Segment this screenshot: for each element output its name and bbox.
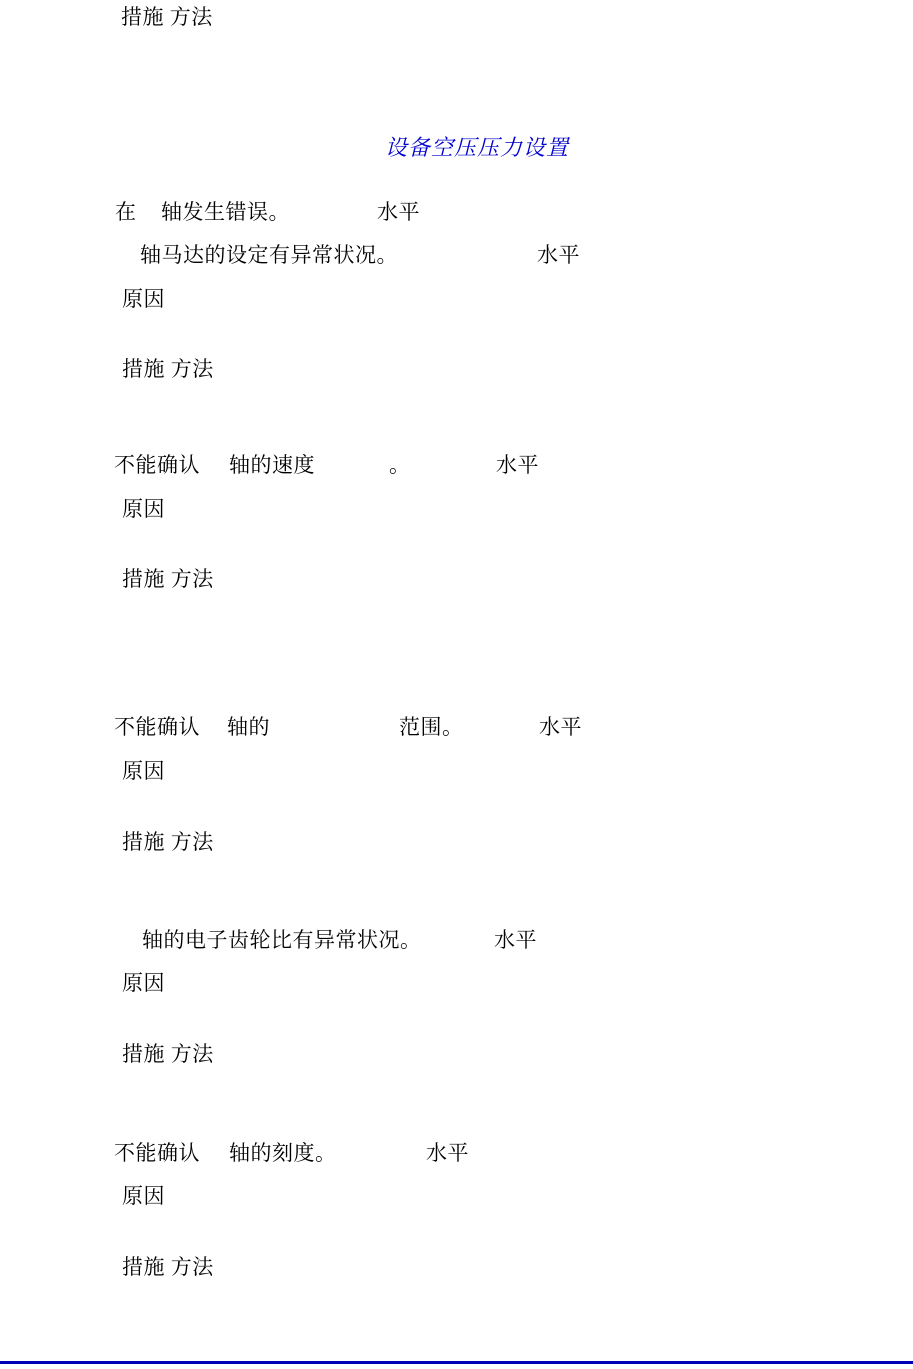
section-title-link[interactable]: 设备空压压力设置	[385, 134, 569, 161]
error5-prefix: 不能确认	[114, 1140, 200, 1166]
measures-label-1: 措施 方法	[122, 356, 214, 382]
error2-text: 轴的速度	[229, 452, 315, 478]
error4-level-label: 水平	[494, 927, 537, 953]
error1-text: 轴发生错误。	[161, 199, 290, 225]
cause-label-5: 原因	[122, 1183, 165, 1209]
measures-label-4: 措施 方法	[122, 1041, 214, 1067]
error1b-level-label: 水平	[537, 242, 580, 268]
error3-suffix: 范围。	[399, 714, 464, 740]
cause-label-1: 原因	[122, 286, 165, 312]
cause-label-4: 原因	[122, 970, 165, 996]
measures-label-5: 措施 方法	[122, 1254, 214, 1280]
error1-level-label: 水平	[377, 199, 420, 225]
error3-text: 轴的	[227, 714, 270, 740]
footer-divider-rule	[0, 1361, 913, 1364]
error4-text: 轴的电子齿轮比有异常状况。	[142, 927, 422, 953]
error1-prefix: 在	[115, 199, 137, 225]
error3-prefix: 不能确认	[114, 714, 200, 740]
cause-label-2: 原因	[122, 496, 165, 522]
measures-label-2: 措施 方法	[122, 566, 214, 592]
measures-label-top: 措施 方法	[121, 4, 213, 30]
error2-suffix: 。	[389, 452, 411, 478]
error3-level-label: 水平	[539, 714, 582, 740]
document-page: 措施 方法 设备空压压力设置 在 轴发生错误。 水平 轴马达的设定有异常状况。 …	[0, 0, 913, 1369]
error1b-text: 轴马达的设定有异常状况。	[140, 242, 398, 268]
measures-label-3: 措施 方法	[122, 829, 214, 855]
error5-level-label: 水平	[426, 1140, 469, 1166]
error5-text: 轴的刻度。	[229, 1140, 337, 1166]
error2-prefix: 不能确认	[114, 452, 200, 478]
cause-label-3: 原因	[122, 758, 165, 784]
error2-level-label: 水平	[496, 452, 539, 478]
